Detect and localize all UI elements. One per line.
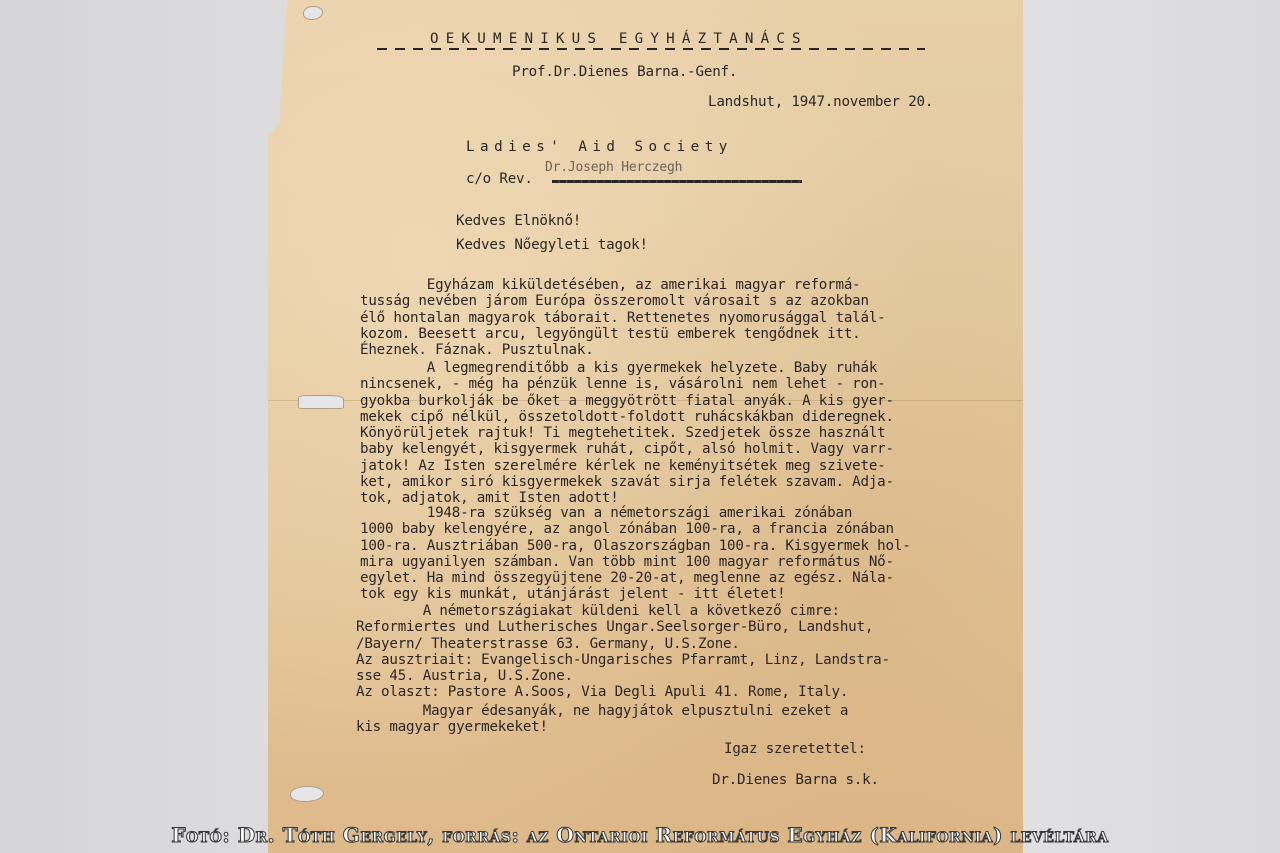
- dotted-line: [552, 180, 802, 183]
- torn-hole: [298, 395, 344, 409]
- photo-credit-caption: Fotó: Dr. Tóth Gergely, forrás: az Ontar…: [0, 823, 1280, 847]
- paragraph-1: Egyházam kiküldetésében, az amerikai mag…: [360, 277, 886, 358]
- paragraph-3: 1948-ra szükség van a németországi ameri…: [360, 505, 911, 603]
- paragraph-4-addresses: A németországiakat küldeni kell a követk…: [356, 603, 890, 701]
- paragraph-2: A legmegrenditőbb a kis gyermekek helyze…: [360, 360, 894, 507]
- salutation-2: Kedves Nőegyleti tagok!: [456, 237, 648, 253]
- sender-line: Prof.Dr.Dienes Barna.-Genf.: [512, 64, 737, 80]
- addressee-care-of: c/o Rev.: [466, 171, 533, 187]
- paragraph-5: Magyar édesanyák, ne hagyjátok elpusztul…: [356, 703, 848, 736]
- salutation-1: Kedves Elnöknő!: [456, 213, 581, 229]
- header-rule: [377, 48, 925, 50]
- place-date: Landshut, 1947.november 20.: [708, 94, 933, 110]
- closing: Igaz szeretettel:: [724, 741, 866, 757]
- organization-heading: OEKUMENIKUS EGYHÁZTANÁCS: [430, 31, 808, 47]
- handwritten-name: Dr.Joseph Herczegh: [545, 160, 682, 176]
- signature: Dr.Dienes Barna s.k.: [712, 772, 879, 788]
- addressee-name: Ladies' Aid Society: [466, 139, 733, 155]
